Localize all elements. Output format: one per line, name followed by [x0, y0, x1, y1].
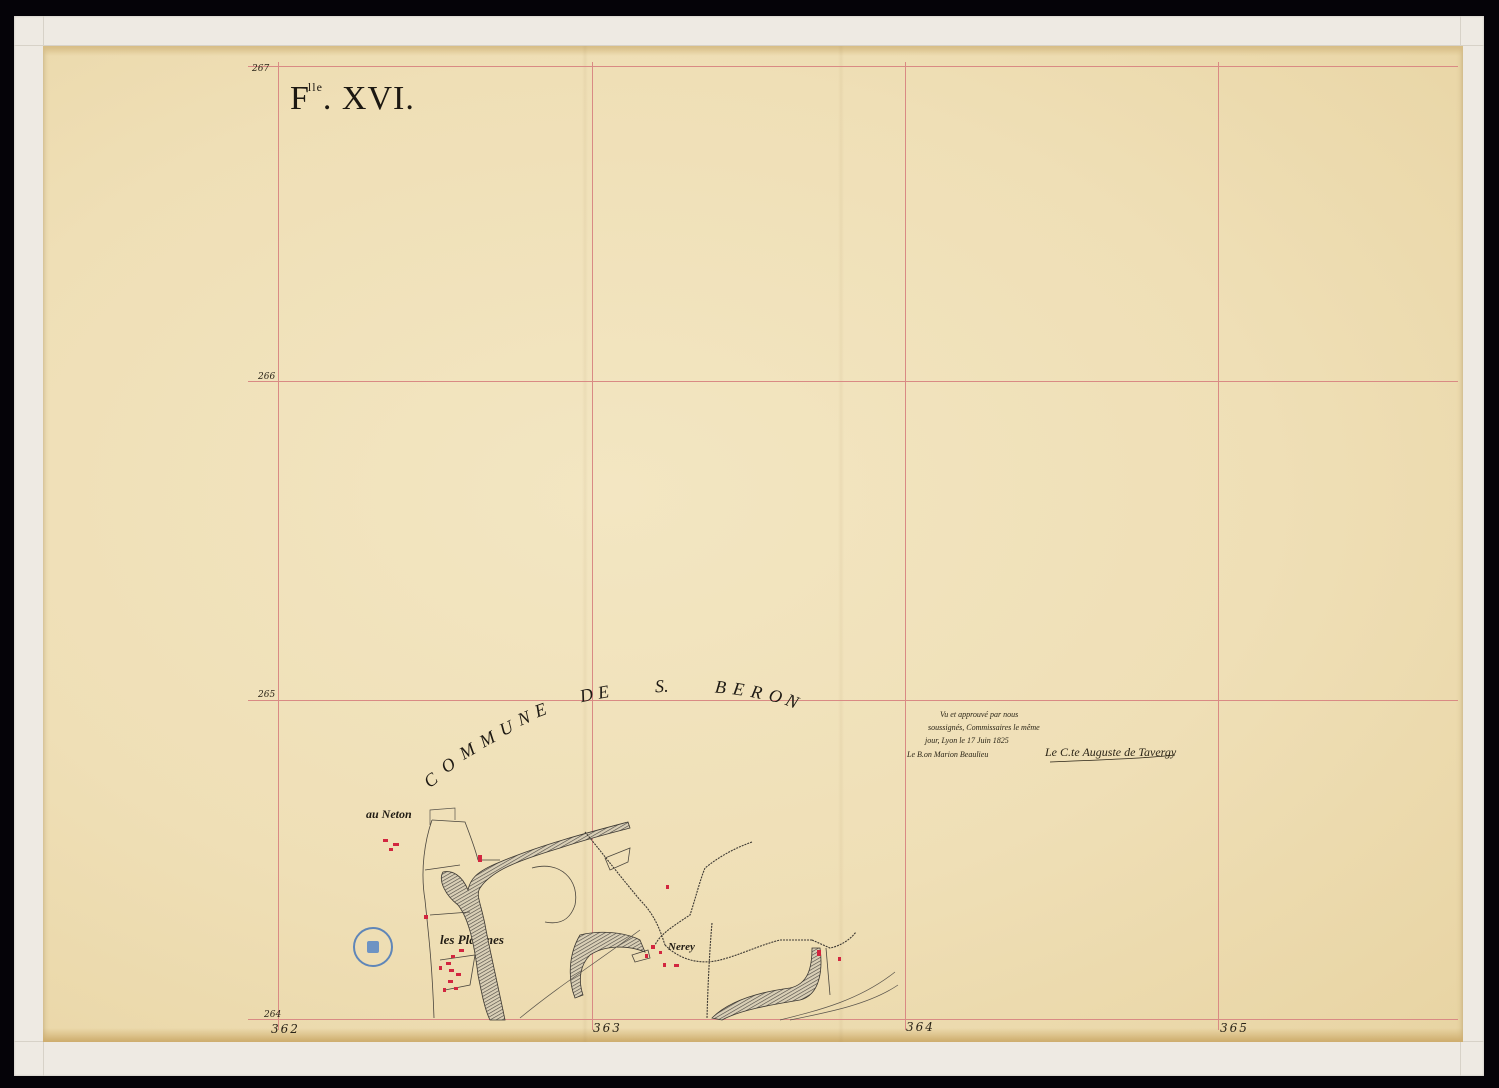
building [439, 966, 442, 970]
parcel-boundary [532, 866, 576, 923]
parcel-boundary [440, 955, 475, 990]
road [707, 923, 712, 1018]
building [674, 964, 679, 967]
building [663, 963, 666, 967]
building [446, 962, 451, 965]
building [478, 855, 482, 862]
building [454, 987, 458, 990]
river-hachure [570, 932, 645, 998]
river-hachure [712, 948, 821, 1020]
building [651, 945, 655, 949]
building [666, 885, 669, 889]
building [449, 969, 454, 972]
building [838, 957, 841, 961]
building [443, 988, 446, 992]
parcel-boundary [432, 820, 500, 860]
building [383, 839, 388, 842]
road [655, 842, 752, 945]
road [812, 932, 856, 948]
building [456, 973, 461, 976]
signature-flourish [1050, 755, 1175, 762]
building [817, 950, 821, 956]
road [665, 940, 812, 962]
road [585, 832, 665, 945]
building [459, 949, 464, 952]
river-hachure [441, 822, 630, 1020]
building [659, 951, 662, 954]
parcel-boundary [425, 865, 460, 870]
map-features [0, 0, 1499, 1088]
building [389, 848, 393, 851]
building [424, 915, 428, 919]
parcel-boundary [605, 848, 630, 870]
building [645, 954, 648, 958]
path [430, 808, 455, 825]
building [393, 843, 399, 846]
building [448, 980, 453, 983]
parcel-boundary [826, 948, 830, 995]
building [451, 955, 455, 958]
